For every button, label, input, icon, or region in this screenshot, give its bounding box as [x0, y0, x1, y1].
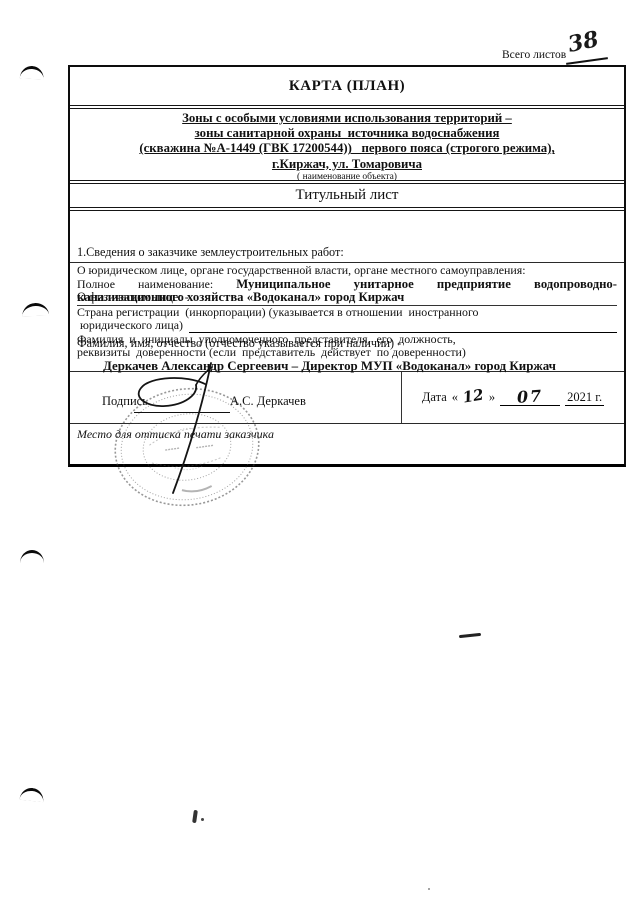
object-name-line: Зоны с особыми условиями использования т… [70, 111, 624, 126]
title-page-form: КАРТА (ПЛАН) Зоны с особыми условиями ис… [68, 65, 626, 467]
date-label: Дата [422, 390, 447, 405]
scan-artifact-arc [19, 787, 44, 802]
representative-line1: Фамилия и инициалы уполномоченного предс… [77, 333, 617, 347]
object-name-line: г.Киржач, ул. Томаровича [70, 157, 624, 172]
full-name-label: Полное наименование: [77, 277, 213, 291]
country-registration-line2: юридического лица) [77, 319, 617, 333]
representative-line2: реквизиты доверенности (если представите… [77, 346, 617, 360]
blank-fill-line [189, 320, 617, 333]
scan-artifact-dot [428, 888, 430, 890]
form-title: КАРТА (ПЛАН) [289, 78, 405, 95]
object-name-line: зоны санитарной охраны источника водосна… [70, 126, 624, 141]
object-name-line: (скважина №А-1449 (ГВК 17200544)) первог… [70, 141, 624, 156]
date-month-slot: 07 [500, 390, 560, 406]
close-quote: » [489, 390, 495, 405]
signature-underline [134, 412, 230, 413]
scan-artifact-speck [192, 810, 198, 823]
country-registration-label: юридического лица) [77, 319, 183, 333]
scan-artifact-arc [22, 303, 49, 317]
full-name-value-part1: Муниципальное унитарное предприятие водо… [236, 277, 617, 291]
scan-artifact-dash [459, 633, 481, 638]
stamp-place-row: Место для оттиска печати заказчика [70, 424, 624, 464]
full-name-line: Полное наименование: Муниципальное унита… [77, 278, 617, 292]
signer-name: А.С. Деркачев [230, 394, 306, 409]
customer-section-heading: 1.Сведения о заказчике землеустроительны… [77, 245, 617, 260]
signature-cell: Подпись А.С. Деркачев [70, 372, 402, 423]
total-sheets-label: Всего листов [502, 49, 566, 61]
date-month-handwritten: 07 [517, 389, 544, 404]
signature-label: Подпись [102, 394, 148, 409]
stamp-place-label: Место для оттиска печати заказчика [77, 427, 274, 441]
representative-name: Деркачев Александр Сергеевич – Директор … [77, 360, 617, 374]
scan-artifact-arc [20, 550, 44, 563]
date-day-handwritten: 12 [461, 385, 484, 406]
date-cell: Дата «12» 07 2021 г. [402, 372, 624, 423]
total-sheets-box: Всего листов [497, 46, 628, 63]
scan-artifact-dot [201, 818, 204, 821]
date-year: 2021 г. [565, 390, 604, 406]
signature-row: Подпись А.С. Деркачев Дата «12» 07 2021 … [70, 372, 624, 424]
open-quote: « [452, 390, 458, 405]
scan-artifact-arc [20, 65, 45, 79]
customer-info-section: 1.Сведения о заказчике землеустроительны… [70, 211, 624, 263]
object-name-caption: ( наименование объекта) [70, 172, 624, 183]
object-name-row: Зоны с особыми условиями использования т… [70, 109, 624, 184]
form-title-row: КАРТА (ПЛАН) [70, 67, 624, 109]
legal-entity-section: О юридическом лице, органе государственн… [70, 263, 624, 372]
full-name-value-part2: канализационного хозяйства «Водоканал» г… [77, 291, 617, 306]
scanned-document-page: Всего листов 38 КАРТА (ПЛАН) Зоны с особ… [0, 0, 640, 905]
country-registration-line1: Страна регистрации (инкорпорации) (указы… [77, 306, 617, 320]
title-sheet-row: Титульный лист [70, 184, 624, 211]
legal-entity-heading: О юридическом лице, органе государственн… [77, 264, 617, 278]
title-sheet-label: Титульный лист [296, 187, 399, 204]
